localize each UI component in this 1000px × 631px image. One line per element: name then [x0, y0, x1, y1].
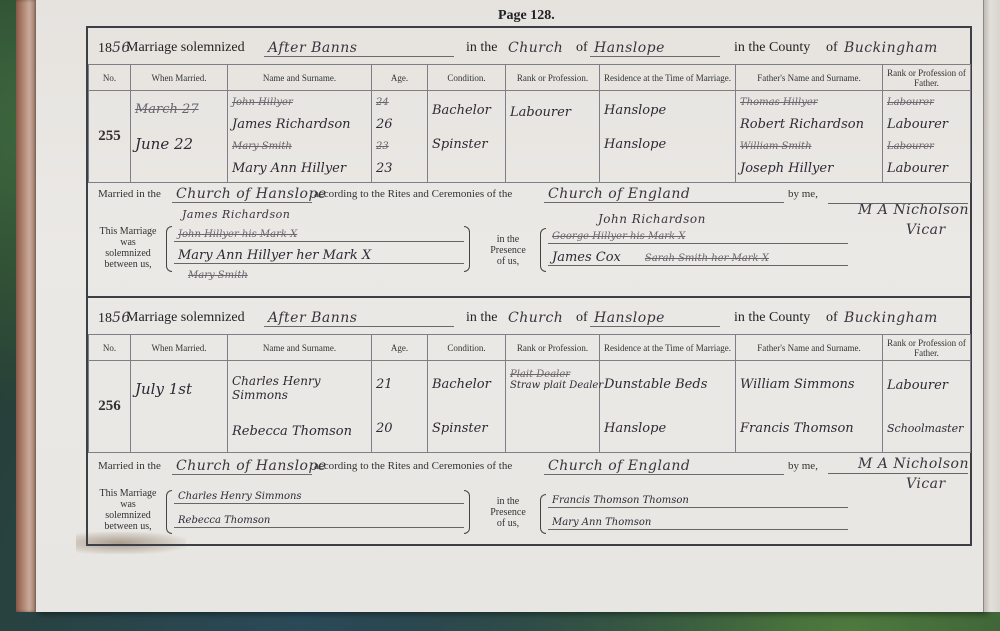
father-ranks: Labourer Schoolmaster — [883, 361, 971, 453]
when-married: March 27 June 22 — [131, 91, 228, 183]
signature-line: Rebecca Thomson — [174, 510, 464, 528]
entry-number: 256 — [89, 361, 131, 453]
parish: Hanslope — [590, 40, 720, 57]
entry-256: 1856 Marriage solemnized After Banns in … — [88, 296, 970, 544]
signature-line: John Hillyer his Mark X — [174, 224, 464, 242]
when-married: July 1st — [131, 361, 228, 453]
fathers: William Simmons Francis Thomson — [736, 361, 883, 453]
father-ranks: Labourer Labourer Labourer Labourer — [883, 91, 971, 183]
entry-table: No. When Married. Name and Surname. Age.… — [88, 334, 971, 453]
entry-table: No. When Married. Name and Surname. Age.… — [88, 64, 971, 183]
names: Charles Henry Simmons Rebecca Thomson — [228, 361, 372, 453]
entry-255: 1856 Marriage solemnized After Banns in … — [88, 28, 970, 294]
parish: Hanslope — [590, 310, 720, 327]
column-headers: No. When Married. Name and Surname. Age.… — [89, 65, 971, 91]
solemnized-by: After Banns — [264, 310, 454, 327]
table-row: 256 July 1st Charles Henry Simmons Rebec… — [89, 361, 971, 453]
signature-line: Charles Henry Simmons — [174, 486, 464, 504]
residences: Hanslope Hanslope — [600, 91, 736, 183]
county: Buckingham — [844, 40, 938, 56]
ranks: Plait Dealer Straw plait Dealer — [506, 361, 600, 453]
this-marriage-label: This Marriage was solemnized between us, — [92, 488, 164, 532]
ages: 21 20 — [372, 361, 428, 453]
entry-heading: 1856 Marriage solemnized After Banns in … — [88, 28, 970, 64]
witness-added: John Richardson — [598, 212, 706, 226]
officiant-title: Vicar — [906, 222, 946, 238]
names: John Hillyer James Richardson Mary Smith… — [228, 91, 372, 183]
entry-heading: 1856 Marriage solemnized After Banns in … — [88, 298, 970, 334]
presence-label: in the Presence of us, — [478, 234, 538, 267]
witness-line: Mary Ann Thomson — [548, 512, 848, 530]
fathers: Thomas Hillyer Robert Richardson William… — [736, 91, 883, 183]
witness-line: Francis Thomson Thomson — [548, 490, 848, 508]
marriage-register: 1856 Marriage solemnized After Banns in … — [86, 26, 972, 546]
book-spine — [16, 0, 38, 612]
married-in: Church of Hanslope — [172, 186, 312, 203]
ages: 24 26 23 23 — [372, 91, 428, 183]
witness-line: James Cox Sarah Smith her Mark X — [548, 248, 848, 266]
this-marriage-label: This Marriage was solemnized between us, — [92, 226, 164, 270]
rites-of: Church of England — [544, 458, 784, 475]
signatory-added: James Richardson — [182, 208, 290, 221]
facing-page-edge — [983, 0, 1000, 612]
ranks: Labourer — [506, 91, 600, 183]
married-in: Church of Hanslope — [172, 458, 312, 475]
officiant: M A Nicholson — [858, 202, 969, 218]
place-type: Church — [508, 310, 563, 326]
table-row: 255 March 27 June 22 John Hillyer James … — [89, 91, 971, 183]
conditions: Bachelor Spinster — [428, 361, 506, 453]
witness-line: George Hillyer his Mark X — [548, 226, 848, 244]
page-number: Page 128. — [498, 8, 555, 24]
county: Buckingham — [844, 310, 938, 326]
officiant-title: Vicar — [906, 476, 946, 492]
conditions: Bachelor Spinster — [428, 91, 506, 183]
presence-label: in the Presence of us, — [478, 496, 538, 529]
signature-line: Mary Ann Hillyer her Mark X — [174, 246, 464, 264]
solemnized-by: After Banns — [264, 40, 454, 57]
place-type: Church — [508, 40, 563, 56]
rites-of: Church of England — [544, 186, 784, 203]
residences: Dunstable Beds Hanslope — [600, 361, 736, 453]
column-headers: No. When Married. Name and Surname. Age.… — [89, 335, 971, 361]
entry-number: 255 — [89, 91, 131, 183]
